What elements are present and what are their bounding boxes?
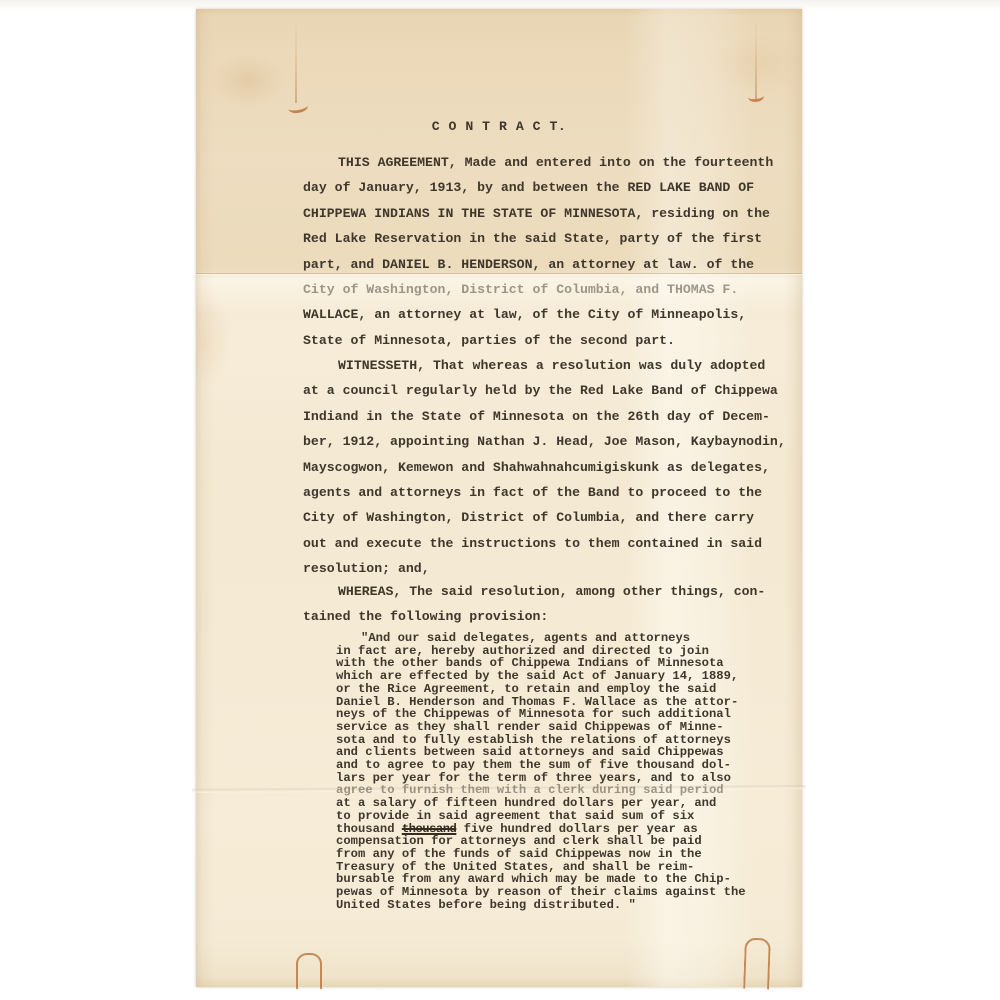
- text-line: City of Washington, District of Columbia…: [303, 505, 803, 530]
- text-line: State of Minnesota, parties of the secon…: [303, 328, 803, 353]
- text-line: or the Rice Agreement, to retain and emp…: [336, 683, 766, 696]
- rust-streak-top-left: [295, 19, 297, 103]
- resolution-quote: "And our said delegates, agents and atto…: [336, 632, 766, 911]
- text-line: and to agree to pay them the sum of five…: [336, 759, 766, 772]
- text-line: WALLACE, an attorney at law, of the City…: [303, 302, 803, 327]
- paragraph-whereas: WHEREAS, The said resolution, among othe…: [303, 579, 803, 630]
- text-line: tained the following provision:: [303, 604, 803, 629]
- text-line: Red Lake Reservation in the said State, …: [303, 226, 803, 251]
- paragraph-witnesseth: WITNESSETH, That whereas a resolution wa…: [303, 353, 803, 582]
- text-line: at a council regularly held by the Red L…: [303, 378, 803, 403]
- text-line: which are effected by the said Act of Ja…: [336, 670, 766, 683]
- text-line: at a salary of fifteen hundred dollars p…: [336, 797, 766, 810]
- text-line: agents and attorneys in fact of the Band…: [303, 480, 803, 505]
- document-title: C O N T R A C T.: [196, 119, 802, 134]
- text-line: WHEREAS, The said resolution, among othe…: [303, 579, 803, 604]
- rust-stain-top-right: [747, 90, 764, 103]
- rust-stain-top-left: [287, 99, 309, 114]
- text-line: service as they shall render said Chippe…: [336, 721, 766, 734]
- text-line: CHIPPEWA INDIANS IN THE STATE OF MINNESO…: [303, 201, 803, 226]
- text-line: day of January, 1913, by and between the…: [303, 175, 803, 200]
- text-line: resolution; and,: [303, 556, 803, 581]
- paragraph-parties: THIS AGREEMENT, Made and entered into on…: [303, 150, 803, 353]
- text-line: WITNESSETH, That whereas a resolution wa…: [303, 353, 803, 378]
- text-line: City of Washington, District of Columbia…: [303, 277, 803, 302]
- text-line: United States before being distributed. …: [336, 899, 766, 912]
- paperclip-rust-mark-bottom-left: [296, 953, 322, 989]
- scan-background: C O N T R A C T. THIS AGREEMENT, Made an…: [0, 0, 1000, 1000]
- text-line: part, and DANIEL B. HENDERSON, an attorn…: [303, 252, 803, 277]
- text-line: Mayscogwon, Kemewon and Shahwahnahcumigi…: [303, 455, 803, 480]
- contract-page: C O N T R A C T. THIS AGREEMENT, Made an…: [196, 9, 802, 987]
- text-line: out and execute the instructions to them…: [303, 531, 803, 556]
- text-line: pewas of Minnesota by reason of their cl…: [336, 886, 766, 899]
- text-line: THIS AGREEMENT, Made and entered into on…: [303, 150, 803, 175]
- text-line: ber, 1912, appointing Nathan J. Head, Jo…: [303, 429, 803, 454]
- text-line: Indiand in the State of Minnesota on the…: [303, 404, 803, 429]
- paperclip-rust-mark-bottom-right: [743, 938, 771, 990]
- rust-streak-top-right: [755, 21, 757, 99]
- text-line: from any of the funds of said Chippewas …: [336, 848, 766, 861]
- text-line: "And our said delegates, agents and atto…: [336, 632, 766, 645]
